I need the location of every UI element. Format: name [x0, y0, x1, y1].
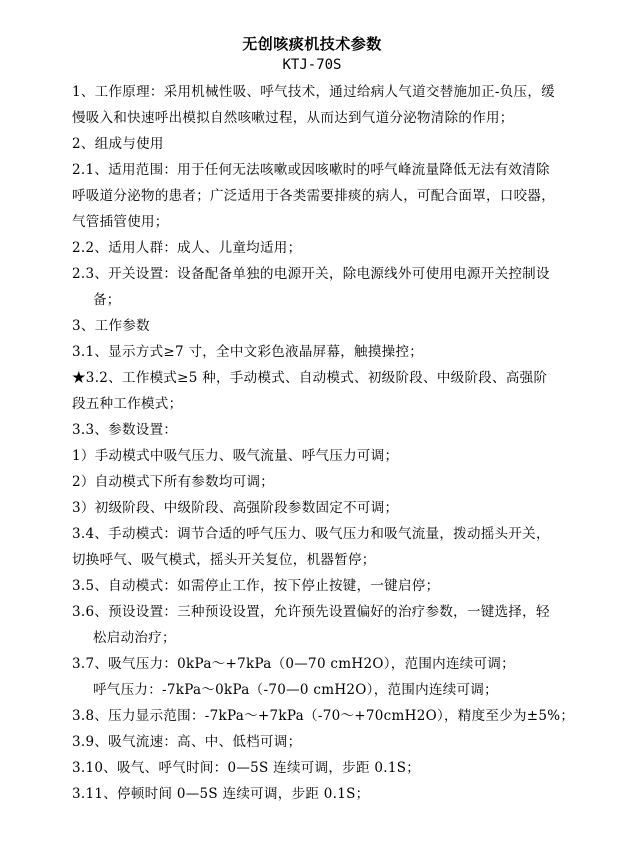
- section-2-1-scope: 2.1、适用范围：用于任何无法咳嗽或因咳嗽时的呼气峰流量降低无法有效清除: [72, 157, 532, 183]
- section-3-3-item-2: 2）自动模式下所有参数均可调；: [72, 469, 532, 495]
- section-1-principle: 1、工作原理：采用机械性吸、呼气技术，通过给病人气道交替施加正-负压，缓: [72, 79, 532, 105]
- section-3-2-modes-cont: 段五种工作模式；: [72, 391, 532, 417]
- section-1-principle-cont: 慢吸入和快速呼出模拟自然咳嗽过程，从而达到气道分泌物清除的作用；: [72, 105, 532, 131]
- section-3-3-item-3: 3）初级阶段、中级阶段、高强阶段参数固定不可调；: [72, 495, 532, 521]
- model-number: KTJ-70S: [0, 56, 624, 74]
- section-3-4-manual: 3.4、手动模式：调节合适的呼气压力、吸气压力和吸气流量，拨动摇头开关，: [72, 521, 532, 547]
- section-3-1-display: 3.1、显示方式≥7 寸，全中文彩色液晶屏幕，触摸操控；: [72, 339, 532, 365]
- section-2-heading: 2、组成与使用: [72, 131, 532, 157]
- section-2-1-scope-cont: 呼吸道分泌物的患者；广泛适用于各类需要排痰的病人，可配合面罩，口咬器，: [72, 183, 532, 209]
- section-3-7-insp-pressure: 3.7、吸气压力：0kPa～+7kPa（0—70 cmH2O），范围内连续可调；: [72, 651, 532, 677]
- section-3-7-exp-pressure: 呼气压力：-7kPa～0kPa（-70—0 cmH2O），范围内连续可调；: [72, 677, 532, 703]
- section-3-4-manual-cont: 切换呼气、吸气模式，摇头开关复位，机器暂停；: [72, 547, 532, 573]
- section-3-8-pressure-display: 3.8、压力显示范围：-7kPa～+7kPa（-70～+70cmH2O），精度至…: [72, 703, 532, 729]
- document-page: 无创咳痰机技术参数 KTJ-70S 1、工作原理：采用机械性吸、呼气技术，通过给…: [0, 0, 624, 844]
- section-2-2-population: 2.2、适用人群：成人、儿童均适用；: [72, 235, 532, 261]
- document-title: 无创咳痰机技术参数: [0, 35, 624, 53]
- section-2-1-scope-cont2: 气管插管使用；: [72, 209, 532, 235]
- section-3-6-presets-cont: 松启动治疗；: [72, 625, 532, 651]
- section-2-3-switch-cont: 备；: [72, 287, 532, 313]
- section-3-9-flow: 3.9、吸气流速：高、中、低档可调；: [72, 729, 532, 755]
- section-3-11-pause: 3.11、停顿时间 0—5S 连续可调，步距 0.1S；: [72, 781, 532, 807]
- section-3-6-presets: 3.6、预设设置：三种预设设置，允许预先设置偏好的治疗参数，一键选择，轻: [72, 599, 532, 625]
- section-3-10-time: 3.10、吸气、呼气时间：0—5S 连续可调，步距 0.1S；: [72, 755, 532, 781]
- section-3-3-params: 3.3、参数设置：: [72, 417, 532, 443]
- section-3-heading: 3、工作参数: [72, 313, 532, 339]
- section-3-3-item-1: 1）手动模式中吸气压力、吸气流量、呼气压力可调；: [72, 443, 532, 469]
- section-3-5-auto: 3.5、自动模式：如需停止工作，按下停止按键，一键启停；: [72, 573, 532, 599]
- document-body: 1、工作原理：采用机械性吸、呼气技术，通过给病人气道交替施加正-负压，缓 慢吸入…: [72, 79, 532, 807]
- section-2-3-switch: 2.3、开关设置：设备配备单独的电源开关，除电源线外可使用电源开关控制设: [72, 261, 532, 287]
- section-3-2-modes: ★3.2、工作模式≥5 种，手动模式、自动模式、初级阶段、中级阶段、高强阶: [72, 365, 532, 391]
